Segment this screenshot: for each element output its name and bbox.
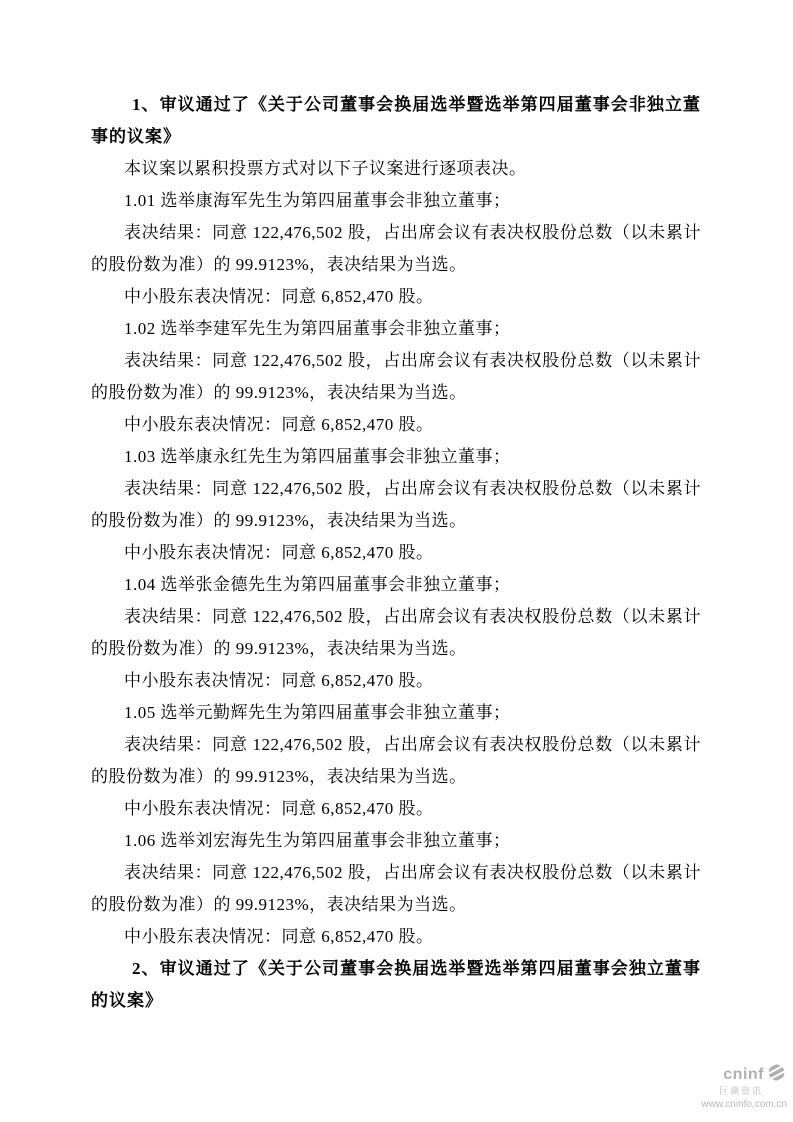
- section2-heading: 2、审议通过了《关于公司董事会换届选举暨选举第四届董事会独立董事的议案》: [91, 953, 701, 1017]
- section1-heading: 1、审议通过了《关于公司董事会换届选举暨选举第四届董事会非独立董事的议案》: [91, 89, 701, 153]
- minority-vote-text: 中小股东表决情况：同意 6,852,470 股。: [91, 409, 701, 441]
- vote-result-text: 表决结果：同意 122,476,502 股，占出席会议有表决权股份总数（以未累计…: [91, 601, 701, 665]
- minority-vote-text: 中小股东表决情况：同意 6,852,470 股。: [91, 793, 701, 825]
- sub-proposal-title: 1.06 选举刘宏海先生为第四届董事会非独立董事；: [91, 825, 701, 857]
- sub-proposal-title: 1.05 选举元勤辉先生为第四届董事会非独立董事；: [91, 697, 701, 729]
- vote-result-text: 表决结果：同意 122,476,502 股，占出席会议有表决权股份总数（以未累计…: [91, 857, 701, 921]
- sub-proposal-block: 1.03 选举康永红先生为第四届董事会非独立董事； 表决结果：同意 122,47…: [91, 441, 701, 569]
- sub-proposal-block: 1.02 选举李建军先生为第四届董事会非独立董事； 表决结果：同意 122,47…: [91, 313, 701, 441]
- sub-proposal-block: 1.01 选举康海军先生为第四届董事会非独立董事； 表决结果：同意 122,47…: [91, 185, 701, 313]
- vote-result-text: 表决结果：同意 122,476,502 股，占出席会议有表决权股份总数（以未累计…: [91, 473, 701, 537]
- section1-intro: 本议案以累积投票方式对以下子议案进行逐项表决。: [91, 153, 701, 185]
- vote-result-text: 表决结果：同意 122,476,502 股，占出席会议有表决权股份总数（以未累计…: [91, 729, 701, 793]
- sub-proposal-title: 1.02 选举李建军先生为第四届董事会非独立董事；: [91, 313, 701, 345]
- vote-result-text: 表决结果：同意 122,476,502 股，占出席会议有表决权股份总数（以未累计…: [91, 217, 701, 281]
- cninfo-url-text: www.cninfo.com.cn: [667, 1099, 787, 1110]
- sub-proposal-title: 1.03 选举康永红先生为第四届董事会非独立董事；: [91, 441, 701, 473]
- minority-vote-text: 中小股东表决情况：同意 6,852,470 股。: [91, 281, 701, 313]
- minority-vote-text: 中小股东表决情况：同意 6,852,470 股。: [91, 921, 701, 953]
- cninfo-brand-row: cninf: [667, 1063, 787, 1087]
- cninfo-company-name: 巨潮资讯: [667, 1087, 763, 1097]
- cninfo-watermark: cninf 巨潮资讯 www.cninfo.com.cn: [667, 1063, 787, 1110]
- minority-vote-text: 中小股东表决情况：同意 6,852,470 股。: [91, 537, 701, 569]
- sub-proposal-block: 1.06 选举刘宏海先生为第四届董事会非独立董事； 表决结果：同意 122,47…: [91, 825, 701, 953]
- cninfo-brand-text: cninf: [723, 1066, 764, 1084]
- vote-result-text: 表决结果：同意 122,476,502 股，占出席会议有表决权股份总数（以未累计…: [91, 345, 701, 409]
- minority-vote-text: 中小股东表决情况：同意 6,852,470 股。: [91, 665, 701, 697]
- sub-proposal-block: 1.05 选举元勤辉先生为第四届董事会非独立董事； 表决结果：同意 122,47…: [91, 697, 701, 825]
- sub-proposal-title: 1.04 选举张金德先生为第四届董事会非独立董事；: [91, 569, 701, 601]
- sub-proposal-block: 1.04 选举张金德先生为第四届董事会非独立董事； 表决结果：同意 122,47…: [91, 569, 701, 697]
- sub-proposal-title: 1.01 选举康海军先生为第四届董事会非独立董事；: [91, 185, 701, 217]
- document-page: 1、审议通过了《关于公司董事会换届选举暨选举第四届董事会非独立董事的议案》 本议…: [91, 89, 701, 1017]
- cninfo-swirl-icon: [766, 1063, 787, 1087]
